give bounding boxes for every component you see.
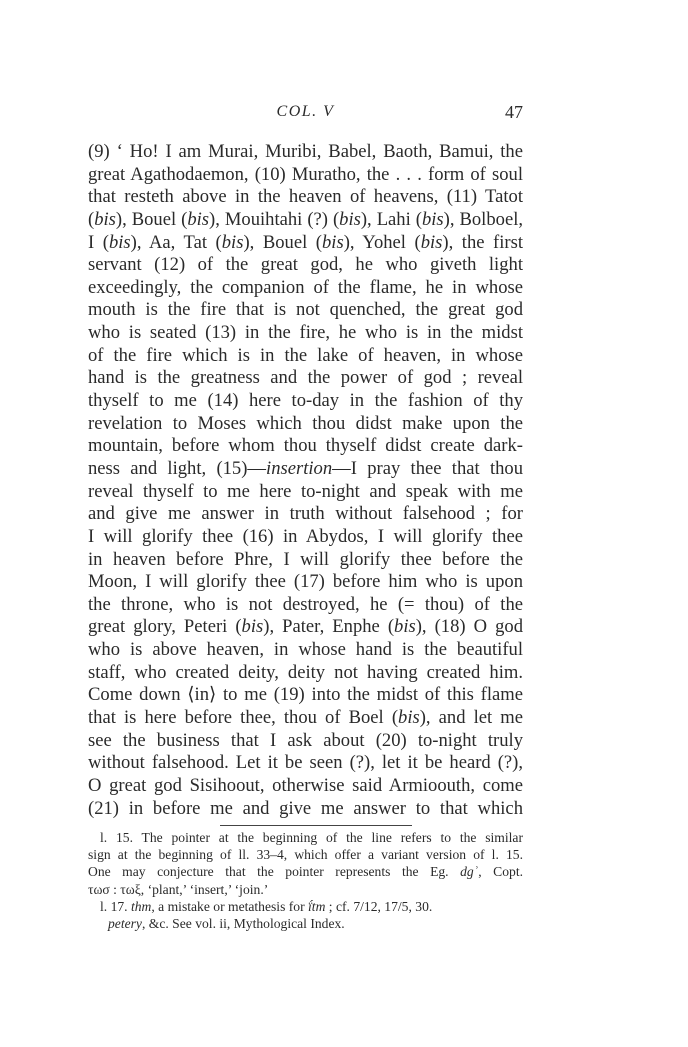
footnote-line: sign at the beginning of ll. 33–4, which… — [88, 846, 523, 863]
text-line: I will glorify thee (16) in Abydos, I wi… — [88, 526, 523, 549]
text-line: (21) in before me and give me answer to … — [88, 798, 523, 821]
footnote-rule — [220, 825, 412, 826]
italic-run: bis — [109, 232, 131, 253]
text-run: ), and let me — [420, 707, 523, 728]
text-run: ), Mouihtahi (?) ( — [209, 209, 339, 230]
text-line: without falsehood. Let it be seen (?), l… — [88, 752, 523, 775]
footnotes-block: l. 15. The pointer at the beginning of t… — [88, 829, 523, 932]
text-run: ), the first — [442, 232, 523, 253]
text-line: (bis), Bouel (bis), Mouihtahi (?) (bis),… — [88, 209, 523, 232]
text-line: O great god Sisihoout, otherwise said Ar… — [88, 775, 523, 798]
book-page: COL. V 47 (9) ‘ Ho! I am Murai, Muribi, … — [0, 0, 688, 1047]
text-run: ), Bouel ( — [243, 232, 322, 253]
text-run: —I pray thee that thou — [332, 458, 523, 479]
text-line: thyself to me (14) here to-day in the fa… — [88, 390, 523, 413]
text-run: ness and light, (15)— — [88, 458, 266, 479]
italic-run: insertion — [266, 458, 332, 479]
text-line: mouth is the fire that is not quenched, … — [88, 299, 523, 322]
text-line: in heaven before Phre, I will glorify th… — [88, 549, 523, 572]
text-run: ), Yohel ( — [344, 232, 421, 253]
italic-run: bis — [394, 616, 416, 637]
text-line: that resteth above in the heaven of heav… — [88, 186, 523, 209]
text-line: I (bis), Aa, Tat (bis), Bouel (bis), Yoh… — [88, 232, 523, 255]
text-line: ness and light, (15)—insertion—I pray th… — [88, 458, 523, 481]
italic-run: bis — [187, 209, 209, 230]
italic-run: bis — [422, 209, 444, 230]
text-run: ), Pater, Enphe ( — [263, 616, 394, 637]
text-line: mountain, before whom thou thyself didst… — [88, 435, 523, 458]
text-run: ), (18) O god — [416, 616, 523, 637]
text-line: who is above heaven, in whose hand is th… — [88, 639, 523, 662]
text-line: revelation to Moses which thou didst mak… — [88, 413, 523, 436]
footnote-line: One may conjecture that the pointer repr… — [88, 863, 523, 880]
text-run: ), Aa, Tat ( — [131, 232, 222, 253]
text-line: the throne, who is not destroyed, he (= … — [88, 594, 523, 617]
footnote-line: τωσ : τωξ, ‘plant,’ ‘insert,’ ‘join.’ — [88, 881, 523, 898]
text-run: One may conjecture that the pointer repr… — [88, 864, 460, 879]
italic-run: petery — [108, 916, 142, 931]
text-run: , Copt. — [478, 864, 523, 879]
text-run: ; cf. 7/12, 17/5, 30. — [325, 899, 432, 914]
text-run: that is here before thee, thou of Boel ( — [88, 707, 398, 728]
page-number: 47 — [505, 102, 523, 123]
text-line: servant (12) of the great god, he who gi… — [88, 254, 523, 277]
text-line: (9) ‘ Ho! I am Murai, Muribi, Babel, Bao… — [88, 141, 523, 164]
footnote-line: l. 15. The pointer at the beginning of t… — [88, 829, 523, 846]
footnote-line: l. 17. thm, a mistake or metathesis for … — [88, 898, 523, 915]
text-run: τωσ : τωξ, ‘plant,’ ‘insert,’ ‘join.’ — [88, 882, 268, 897]
italic-run: bis — [222, 232, 244, 253]
footnote-line: petery, &c. See vol. ii, Mythological In… — [88, 915, 523, 932]
running-head: COL. V 47 — [88, 100, 523, 124]
text-run: l. 15. The pointer at the beginning of t… — [100, 830, 523, 845]
italic-run: bis — [421, 232, 443, 253]
text-run: l. 17. — [100, 899, 131, 914]
italic-run: bis — [94, 209, 116, 230]
italic-run: ḯtm — [308, 899, 325, 914]
text-line: staff, who created deity, deity not havi… — [88, 662, 523, 685]
main-text-block: (9) ‘ Ho! I am Murai, Muribi, Babel, Bao… — [88, 141, 523, 820]
italic-run: bis — [322, 232, 344, 253]
text-line: exceedingly, the companion of the flame,… — [88, 277, 523, 300]
text-line: and give me answer in truth without fals… — [88, 503, 523, 526]
text-line: see the business that I ask about (20) t… — [88, 730, 523, 753]
running-title: COL. V — [88, 103, 523, 121]
text-line: great Agathodaemon, (10) Muratho, the . … — [88, 164, 523, 187]
text-line: reveal thyself to me here to-night and s… — [88, 481, 523, 504]
italic-run: bis — [339, 209, 361, 230]
text-run: ), Bouel ( — [116, 209, 187, 230]
italic-run: bis — [398, 707, 420, 728]
text-run: ), Bolboel, — [444, 209, 523, 230]
text-line: that is here before thee, thou of Boel (… — [88, 707, 523, 730]
text-run: sign at the beginning of ll. 33–4, which… — [88, 847, 523, 862]
text-line: hand is the greatness and the power of g… — [88, 367, 523, 390]
text-line: Come down ⟨in⟩ to me (19) into the midst… — [88, 684, 523, 707]
italic-run: bis — [242, 616, 264, 637]
italic-run: dgʾ — [460, 864, 478, 879]
italic-run: thm — [131, 899, 151, 914]
text-line: Moon, I will glorify thee (17) before hi… — [88, 571, 523, 594]
text-line: great glory, Peteri (bis), Pater, Enphe … — [88, 616, 523, 639]
text-run: , a mistake or metathesis for — [151, 899, 308, 914]
text-run: I ( — [88, 232, 109, 253]
text-run: , &c. See vol. ii, Mythological Index. — [142, 916, 345, 931]
text-line: who is seated (13) in the fire, he who i… — [88, 322, 523, 345]
text-line: of the fire which is in the lake of heav… — [88, 345, 523, 368]
text-run: great glory, Peteri ( — [88, 616, 242, 637]
text-run: ), Lahi ( — [361, 209, 422, 230]
